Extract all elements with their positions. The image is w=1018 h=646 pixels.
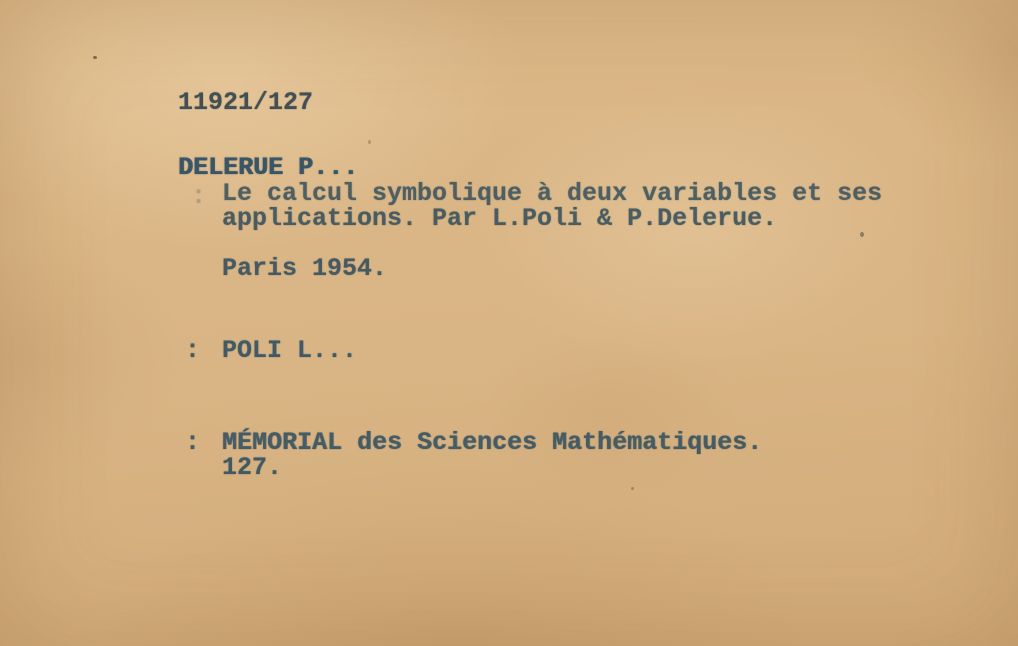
cross-ref-1-colon: : — [185, 338, 200, 363]
cross-ref-2-text: MÉMORIAL des Sciences Mathématiques. — [222, 430, 762, 455]
author-heading: DELERUE P... — [178, 155, 358, 180]
title-line-2: applications. Par L.Poli & P.Delerue. — [222, 206, 777, 231]
paper-speck — [368, 140, 371, 144]
call-number: 11921/127 — [178, 90, 313, 115]
faint-colon-mark: : — [191, 184, 206, 209]
catalog-card: 11921/127 DELERUE P... : Le calcul symbo… — [0, 0, 1018, 646]
paper-speck — [860, 232, 864, 237]
paper-speck — [93, 56, 97, 59]
cross-ref-2-number: 127. — [222, 455, 282, 480]
cross-ref-2-colon: : — [185, 430, 200, 455]
title-line-1: Le calcul symbolique à deux variables et… — [222, 181, 882, 206]
cross-ref-1-text: POLI L... — [222, 338, 357, 363]
paper-speck — [631, 487, 634, 490]
imprint-line: Paris 1954. — [222, 256, 387, 281]
